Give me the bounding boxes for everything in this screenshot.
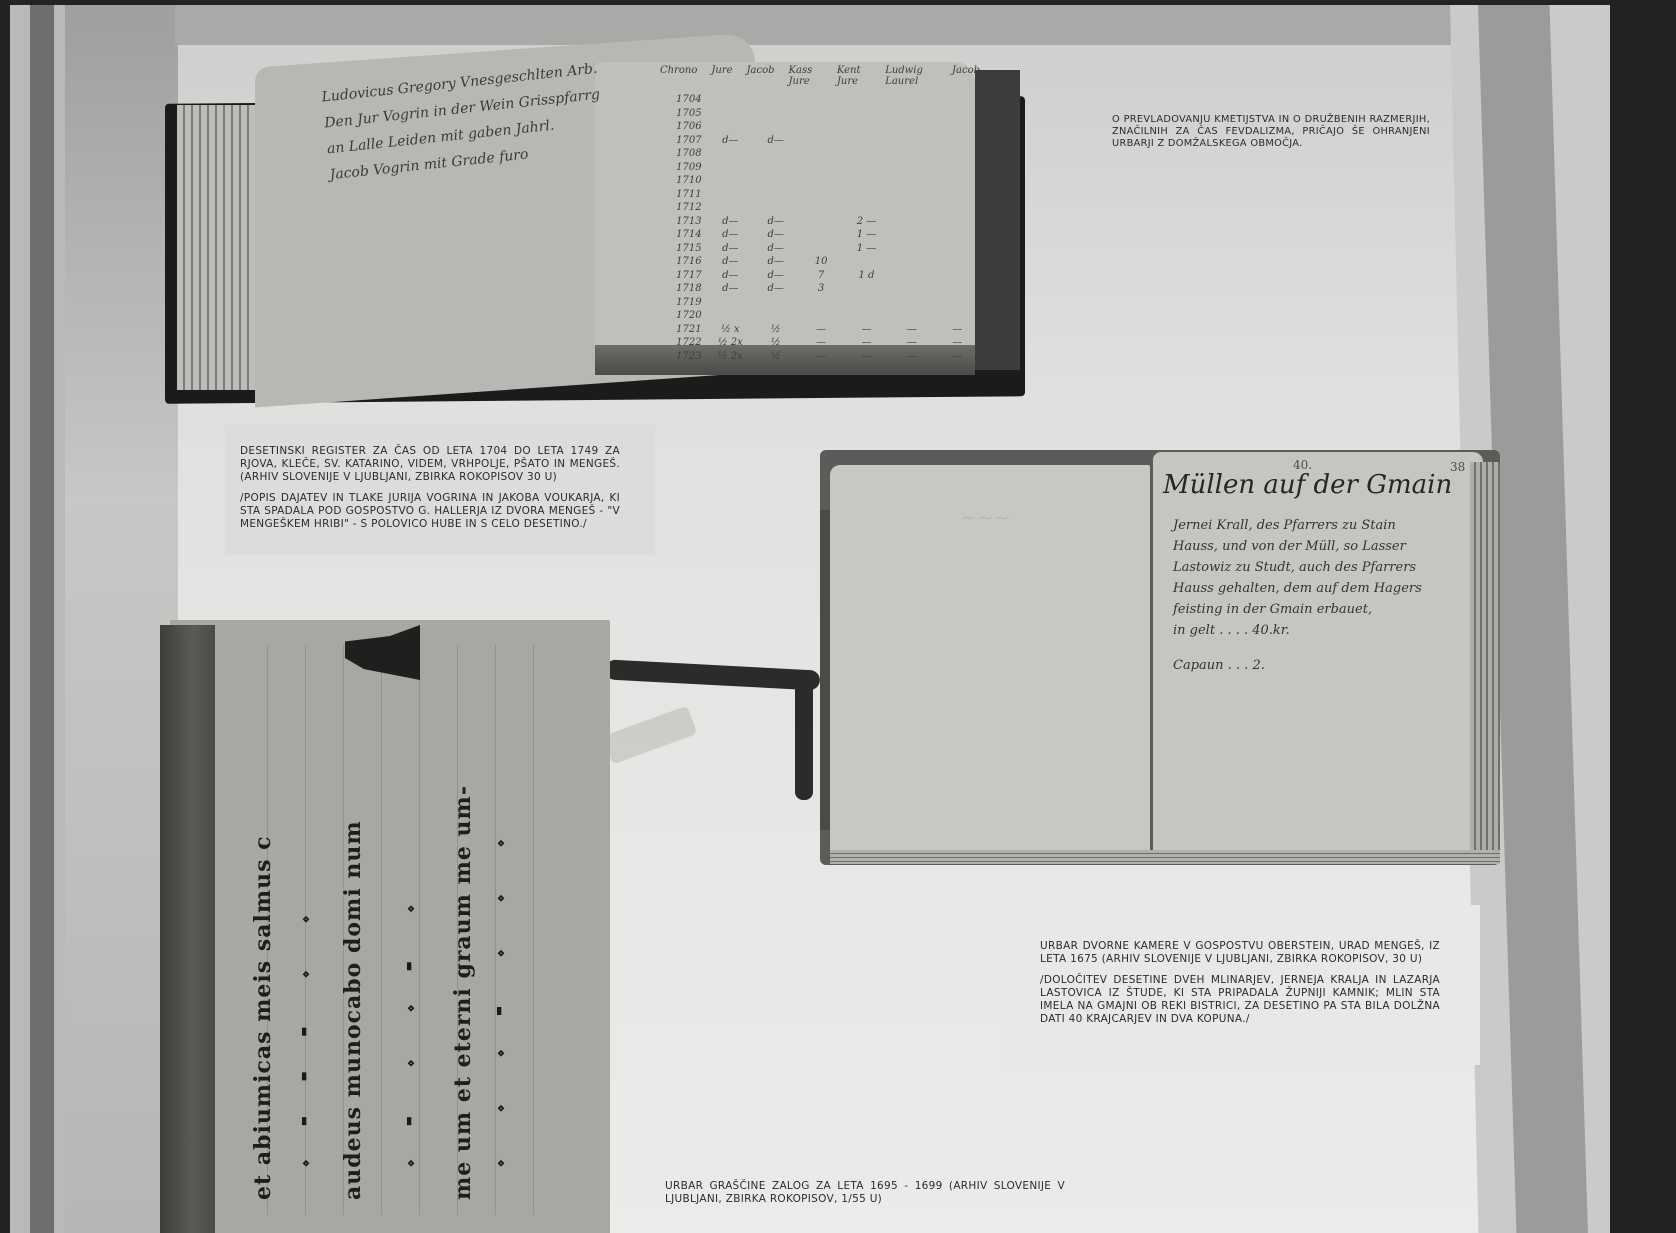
table-row: 1708	[660, 147, 980, 161]
table-header-cell: Jure	[711, 65, 732, 87]
year-cell: 1708	[660, 148, 708, 159]
tithe-table-header: Chrono Jure Jacob Kass Jure Kent Jure Lu…	[660, 65, 980, 87]
table-cell: d—	[753, 135, 798, 146]
cover-text-column: audeus munocabo domi num	[340, 680, 366, 1200]
table-row: 1711	[660, 188, 980, 202]
table-cell: d—	[753, 256, 798, 267]
exhibit-photograph: Ludovicus Gregory Vnesgeschlten Arb. Den…	[0, 0, 1676, 1233]
table-cell: —	[889, 351, 934, 362]
table-cell: —	[889, 337, 934, 348]
table-row: 1704	[660, 93, 980, 107]
tithe-table: Chrono Jure Jacob Kass Jure Kent Jure Lu…	[660, 65, 980, 363]
year-cell: 1712	[660, 202, 708, 213]
intro-caption: O PREVLADOVANJU KMETIJSTVA IN O DRUŽBENI…	[1112, 114, 1430, 150]
table-cell: 1 —	[844, 243, 889, 254]
caption-tithe-register: DESETINSKI REGISTER ZA ČAS OD LETA 1704 …	[240, 445, 620, 531]
neume-notation: 𝆹 ╸ 𝆹 𝆹 ╸ 𝆹	[395, 660, 425, 1180]
table-cell: d—	[708, 243, 753, 254]
table-cell: —	[935, 351, 980, 362]
table-cell: d—	[753, 216, 798, 227]
book-right-edge	[975, 70, 1020, 370]
cover-text-column: et abiumicas meis salmus c	[250, 680, 276, 1200]
table-cell: ½ 2x	[708, 337, 753, 348]
page-number: 38	[1450, 460, 1465, 474]
table-row: 1716d—d—10	[660, 255, 980, 269]
year-cell: 1714	[660, 229, 708, 240]
table-cell: —	[844, 351, 889, 362]
table-row: 1721½ x½————	[660, 323, 980, 337]
year-cell: 1713	[660, 216, 708, 227]
handwriting-line: Hauss gehalten, dem auf dem Hagers	[1173, 578, 1453, 599]
table-cell: d—	[753, 243, 798, 254]
table-cell: —	[935, 337, 980, 348]
caption-sub-text: /DOLOČITEV DESETINE DVEH MLINARJEV, JERN…	[1040, 974, 1440, 1026]
table-cell: ½	[753, 324, 798, 335]
table-cell: d—	[708, 256, 753, 267]
table-row: 1712	[660, 201, 980, 215]
caption-main-text: DESETINSKI REGISTER ZA ČAS OD LETA 1704 …	[240, 445, 620, 483]
neume-notation: 𝆹 𝆹 𝆹 ╸ 𝆹 𝆹 𝆹	[485, 660, 515, 1180]
year-cell: 1719	[660, 297, 708, 308]
year-cell: 1705	[660, 108, 708, 119]
urbar-zalog-book: 𝆹 𝆹 𝆹 ╸ 𝆹 𝆹 𝆹 me um et eterni graum me u…	[160, 620, 610, 1233]
table-cell: d—	[708, 283, 753, 294]
caption-sub-text: /POPIS DAJATEV IN TLAKE JURIJA VOGRINA I…	[240, 492, 620, 531]
table-row: 1707d—d—	[660, 134, 980, 148]
table-cell: 3	[798, 283, 843, 294]
table-cell: d—	[708, 216, 753, 227]
urbar-oberstein-book: ~~~ 40. 38 Müllen auf der Gmain Jernei K…	[815, 450, 1505, 870]
table-row: 1720	[660, 309, 980, 323]
cover-text-column: me um et eterni graum me um-	[450, 680, 476, 1200]
tithe-register-book: Ludovicus Gregory Vnesgeschlten Arb. Den…	[165, 40, 1028, 400]
table-cell: 2 —	[844, 216, 889, 227]
year-cell: 1707	[660, 135, 708, 146]
handwriting-line: in gelt . . . . 40.kr.	[1173, 620, 1453, 641]
year-cell: 1720	[660, 310, 708, 321]
handwriting-line: Jernei Krall, des Pfarrers zu Stain	[1173, 515, 1453, 536]
table-header-cell: Ludwig Laurel	[885, 65, 938, 87]
year-cell: 1717	[660, 270, 708, 281]
table-header-cell: Chrono	[660, 65, 697, 87]
handwriting-line: Capaun . . . 2.	[1173, 655, 1453, 676]
table-cell: ½	[753, 337, 798, 348]
table-row: 1713d—d—2 —	[660, 215, 980, 229]
leather-strap	[795, 680, 813, 800]
year-cell: 1715	[660, 243, 708, 254]
table-header-cell: Kent Jure	[837, 65, 871, 87]
table-row: 1714d—d—1 —	[660, 228, 980, 242]
year-cell: 1704	[660, 94, 708, 105]
table-row: 1709	[660, 161, 980, 175]
handwriting-line: feisting in der Gmain erbauet,	[1173, 599, 1453, 620]
table-row: 1722½ 2x½————	[660, 336, 980, 350]
table-cell: ½ x	[708, 324, 753, 335]
year-cell: 1706	[660, 121, 708, 132]
display-case-left-strip	[30, 5, 54, 1233]
table-row: 1706	[660, 120, 980, 134]
table-header-cell: Kass Jure	[789, 65, 823, 87]
table-cell: 7	[798, 270, 843, 281]
table-cell: d—	[753, 283, 798, 294]
table-header-cell: Jacob	[747, 65, 775, 87]
caption-urbar-zalog: URBAR GRAŠČINE ZALOG ZA LETA 1695 - 1699…	[665, 1180, 1065, 1206]
table-row: 1717d—d—71 d	[660, 269, 980, 283]
year-cell: 1711	[660, 189, 708, 200]
year-cell: 1718	[660, 283, 708, 294]
handwriting-line: Hauss, und von der Müll, so Lasser	[1173, 536, 1453, 557]
year-cell: 1721	[660, 324, 708, 335]
book-bottom-edges	[830, 850, 1500, 864]
handwriting-line: Lastowiz zu Studt, auch des Pfarrers	[1173, 557, 1453, 578]
table-cell: 1 —	[844, 229, 889, 240]
table-cell: d—	[708, 135, 753, 146]
year-cell: 1709	[660, 162, 708, 173]
table-cell: d—	[708, 270, 753, 281]
year-cell: 1723	[660, 351, 708, 362]
book-spine	[160, 625, 215, 1233]
table-cell: 10	[798, 256, 843, 267]
book-left-page: ~~~	[830, 465, 1150, 855]
book-page-edges	[1470, 462, 1500, 852]
table-row: 1715d—d—1 —	[660, 242, 980, 256]
table-row: 1710	[660, 174, 980, 188]
table-row: 1723½ 2x½————	[660, 350, 980, 364]
table-cell: —	[798, 337, 843, 348]
year-cell: 1722	[660, 337, 708, 348]
table-cell: —	[889, 324, 934, 335]
bleed-through-text: ~~~	[960, 505, 1010, 529]
table-cell: 1 d	[844, 270, 889, 281]
table-cell: ½ 2x	[708, 351, 753, 362]
table-cell: —	[798, 351, 843, 362]
display-case-right-frame	[1610, 5, 1676, 1233]
table-cell: —	[844, 324, 889, 335]
caption-urbar-oberstein: URBAR DVORNE KAMERE V GOSPOSTVU OBERSTEI…	[1040, 940, 1440, 1026]
table-row: 1718d—d—3	[660, 282, 980, 296]
year-cell: 1710	[660, 175, 708, 186]
neume-notation: 𝆹 ╸ ╸ ╸ 𝆹 𝆹	[290, 660, 320, 1180]
caption-main-text: URBAR DVORNE KAMERE V GOSPOSTVU OBERSTEI…	[1040, 940, 1440, 965]
table-row: 1719	[660, 296, 980, 310]
table-cell: ½	[753, 351, 798, 362]
table-cell: d—	[753, 270, 798, 281]
page-handwriting: Jernei Krall, des Pfarrers zu Stain Haus…	[1173, 515, 1453, 676]
table-cell: d—	[708, 229, 753, 240]
book-page-edges	[177, 105, 257, 390]
table-cell: —	[844, 337, 889, 348]
table-cell: —	[798, 324, 843, 335]
table-row: 1705	[660, 107, 980, 121]
table-cell: d—	[753, 229, 798, 240]
table-header-cell: Jacob	[952, 65, 980, 87]
table-cell: —	[935, 324, 980, 335]
year-cell: 1716	[660, 256, 708, 267]
tithe-table-body: 1704170517061707d—d—17081709171017111712…	[660, 93, 980, 363]
page-heading: Müllen auf der Gmain	[1163, 470, 1452, 500]
